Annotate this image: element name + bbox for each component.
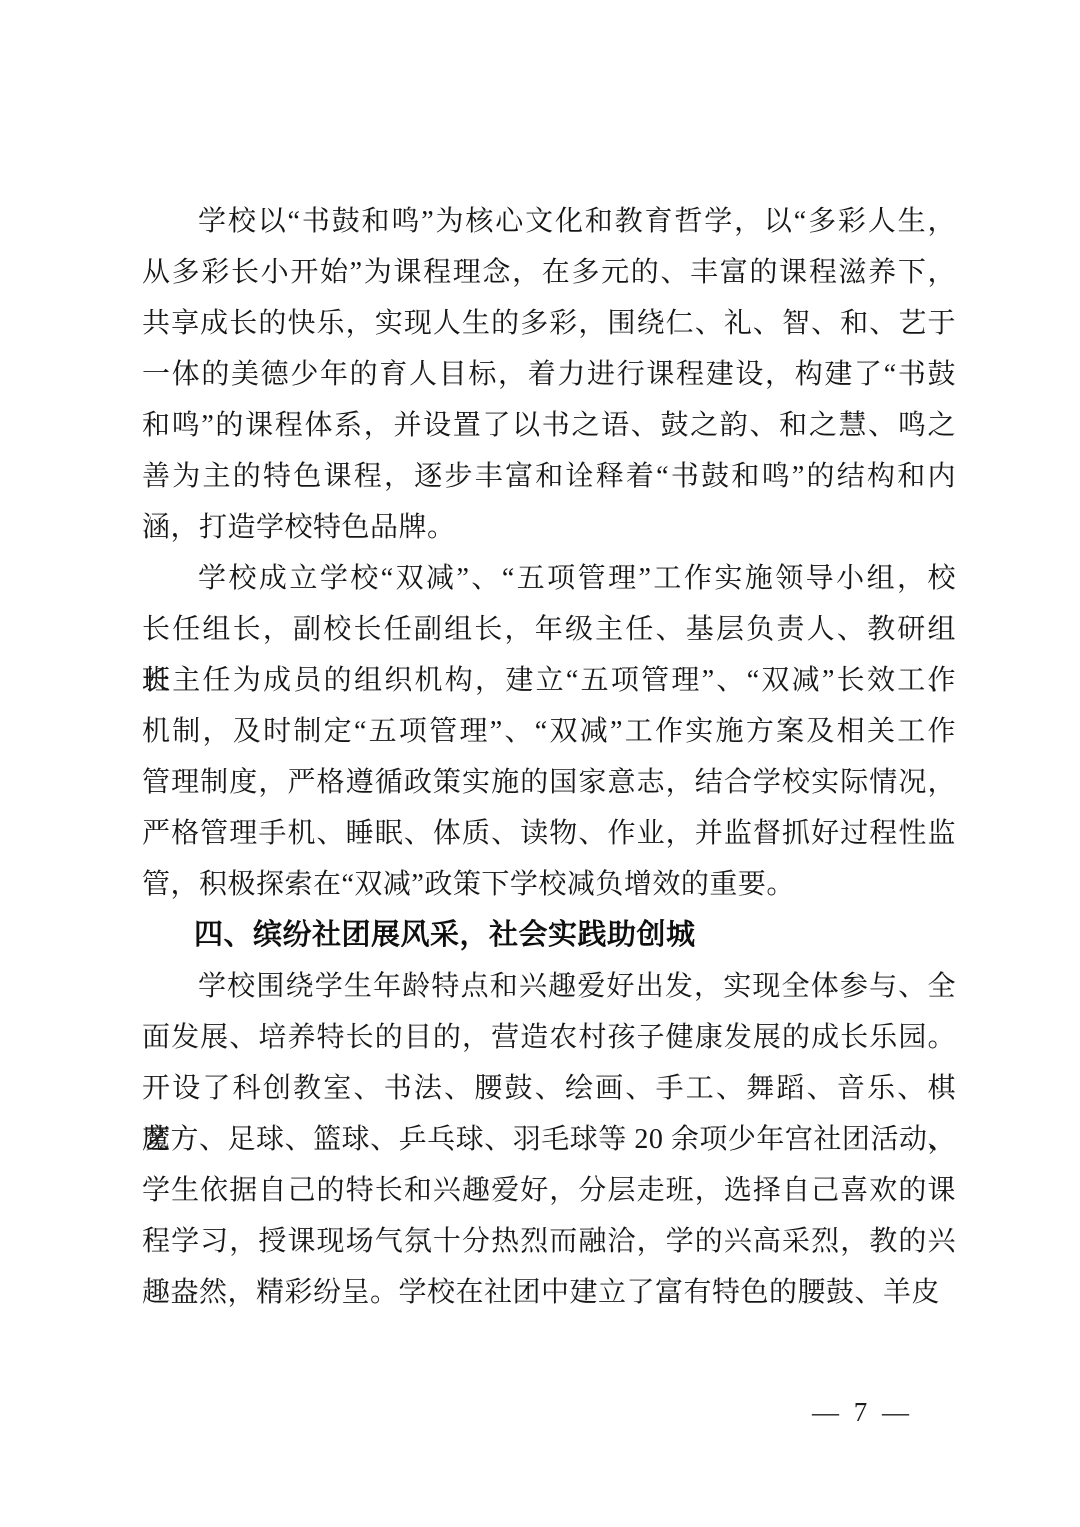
text-line: 善为主的特色课程，逐步丰富和诠释着“书鼓和鸣”的结构和内: [142, 451, 956, 502]
body-paragraph: 学校围绕学生年龄特点和兴趣爱好出发，实现全体参与、全面发展、培养特长的目的，营造…: [142, 961, 956, 1318]
text-line: 趣盎然，精彩纷呈。学校在社团中建立了富有特色的腰鼓、羊皮: [142, 1267, 956, 1318]
text-line: 严格管理手机、睡眠、体质、读物、作业，并监督抓好过程性监: [142, 808, 956, 859]
text-line: 从多彩长小开始”为课程理念，在多元的、丰富的课程滋养下，: [142, 247, 956, 298]
text-line: 一体的美德少年的育人目标，着力进行课程建设，构建了“书鼓: [142, 349, 956, 400]
text-line: 管，积极探索在“双减”政策下学校减负增效的重要。: [142, 859, 956, 910]
text-line: 和鸣”的课程体系，并设置了以书之语、鼓之韵、和之慧、鸣之: [142, 400, 956, 451]
body-paragraph: 学校以“书鼓和鸣”为核心文化和教育哲学，以“多彩人生，从多彩长小开始”为课程理念…: [142, 196, 956, 553]
section-heading: 四、缤纷社团展风采，社会实践助创城: [142, 910, 956, 961]
text-line: 长任组长，副校长任副组长，年级主任、基层负责人、教研组长、: [142, 604, 956, 655]
text-line: 学校成立学校“双减”、“五项管理”工作实施领导小组，校: [142, 553, 956, 604]
page-number: — 7 —: [812, 1392, 913, 1432]
heading-line: 四、缤纷社团展风采，社会实践助创城: [142, 910, 956, 961]
text-line: 机制，及时制定“五项管理”、“双减”工作实施方案及相关工作: [142, 706, 956, 757]
text-line: 开设了科创教室、书法、腰鼓、绘画、手工、舞蹈、音乐、棋艺、: [142, 1063, 956, 1114]
text-line: 学校围绕学生年龄特点和兴趣爱好出发，实现全体参与、全: [142, 961, 956, 1012]
document-page: 学校以“书鼓和鸣”为核心文化和教育哲学，以“多彩人生，从多彩长小开始”为课程理念…: [0, 0, 1080, 1527]
text-line: 学校以“书鼓和鸣”为核心文化和教育哲学，以“多彩人生，: [142, 196, 956, 247]
text-line: 班主任为成员的组织机构，建立“五项管理”、“双减”长效工作: [142, 655, 956, 706]
text-line: 涵，打造学校特色品牌。: [142, 502, 956, 553]
document-text-block: 学校以“书鼓和鸣”为核心文化和教育哲学，以“多彩人生，从多彩长小开始”为课程理念…: [142, 196, 956, 1318]
text-line: 学生依据自己的特长和兴趣爱好，分层走班，选择自己喜欢的课: [142, 1165, 956, 1216]
text-line: 面发展、培养特长的目的，营造农村孩子健康发展的成长乐园。: [142, 1012, 956, 1063]
text-line: 程学习，授课现场气氛十分热烈而融洽，学的兴高采烈，教的兴: [142, 1216, 956, 1267]
text-line: 管理制度，严格遵循政策实施的国家意志，结合学校实际情况，: [142, 757, 956, 808]
text-line: 共享成长的快乐，实现人生的多彩，围绕仁、礼、智、和、艺于: [142, 298, 956, 349]
body-paragraph: 学校成立学校“双减”、“五项管理”工作实施领导小组，校长任组长，副校长任副组长，…: [142, 553, 956, 910]
text-line: 魔方、足球、篮球、乒乓球、羽毛球等 20 余项少年宫社团活动，: [142, 1114, 956, 1165]
